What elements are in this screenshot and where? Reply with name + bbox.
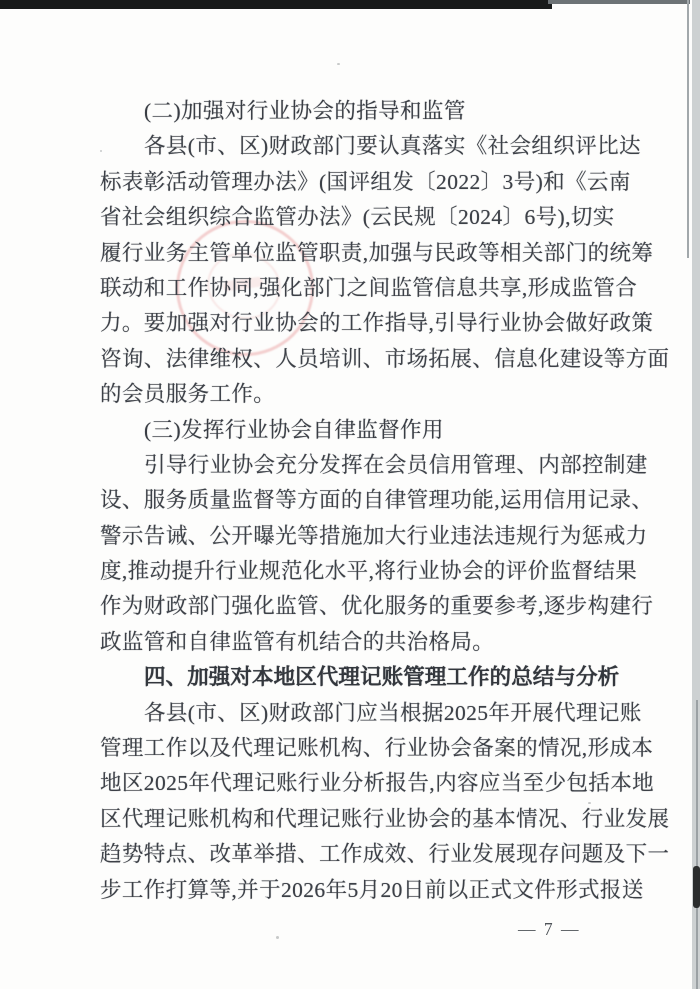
body-line: 警示告诫、公开曝光等措施加大行业违法违规行为惩戒力	[100, 519, 630, 554]
body-line: 标表彰活动管理办法》(国评组发〔2022〕3号)和《云南	[100, 165, 630, 200]
body-line: 的会员服务工作。	[100, 377, 630, 412]
scan-speck	[337, 63, 340, 65]
body-line: 力。要加强对行业协会的工作指导,引导行业协会做好政策	[100, 306, 630, 341]
body-line: 引导行业协会充分发挥在会员信用管理、内部控制建	[100, 448, 630, 483]
body-line: 管理工作以及代理记账机构、行业协会备案的情况,形成本	[100, 731, 630, 766]
document-body: (二)加强对行业协会的指导和监管 各县(市、区)财政部门要认真落实《社会组织评比…	[100, 94, 630, 908]
scan-right-edge-line-low	[696, 700, 698, 989]
body-line: 趋势特点、改革举措、工作成效、行业发展现存问题及下一	[100, 837, 630, 872]
body-line: 步工作打算等,并于2026年5月20日前以正式文件形式报送	[100, 873, 630, 908]
body-line: 政监管和自律监管有机结合的共治格局。	[100, 625, 630, 660]
body-line: 各县(市、区)财政部门要认真落实《社会组织评比达	[100, 129, 630, 164]
section-heading-4: 四、加强对本地区代理记账管理工作的总结与分析	[100, 660, 630, 695]
scan-right-edge-smudge	[693, 866, 700, 908]
body-line: 作为财政部门强化监管、优化服务的重要参考,逐步构建行	[100, 589, 630, 624]
scan-top-edge-thin	[548, 0, 690, 4]
scan-right-edge-line	[687, 0, 689, 258]
body-line: 地区2025年代理记账行业分析报告,内容应当至少包括本地	[100, 766, 630, 801]
body-line: 各县(市、区)财政部门应当根据2025年开展代理记账	[100, 696, 630, 731]
page-number: — 7 —	[518, 919, 581, 940]
body-line: 履行业务主管单位监管职责,加强与民政等相关部门的统筹	[100, 236, 630, 271]
body-line: 省社会组织综合监管办法》(云民规〔2024〕6号),切实	[100, 200, 630, 235]
body-line: 咨询、法律维权、人员培训、市场拓展、信息化建设等方面	[100, 342, 630, 377]
section-heading-2: (二)加强对行业协会的指导和监管	[100, 94, 630, 129]
section-heading-3: (三)发挥行业协会自律监督作用	[100, 413, 630, 448]
body-line: 度,推动提升行业规范化水平,将行业协会的评价监督结果	[100, 554, 630, 589]
body-line: 联动和工作协同,强化部门之间监管信息共享,形成监管合	[100, 271, 630, 306]
body-line: 设、服务质量监督等方面的自律管理功能,运用信用记录、	[100, 483, 630, 518]
scanned-document-page: (二)加强对行业协会的指导和监管 各县(市、区)财政部门要认真落实《社会组织评比…	[0, 0, 700, 989]
body-line: 区代理记账机构和代理记账行业协会的基本情况、行业发展	[100, 802, 630, 837]
scan-speck	[276, 936, 279, 939]
scan-top-edge-bar	[0, 0, 552, 9]
